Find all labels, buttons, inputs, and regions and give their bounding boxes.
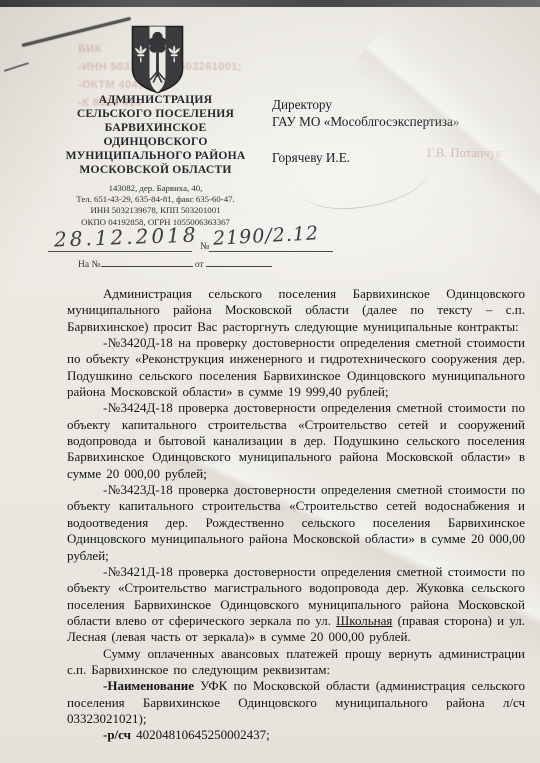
date-underline xyxy=(48,251,192,252)
payee-name-label: -Наименование xyxy=(103,678,194,693)
org-name-line: СЕЛЬСКОГО ПОСЕЛЕНИЯ xyxy=(38,107,273,121)
body-paragraph-payee-name: -Наименование УФК по Московской области … xyxy=(67,678,525,727)
scanned-letter: БИК -ИНН 5032139678/503261001; -ОКТМ 404… xyxy=(0,0,540,763)
body-paragraph-settlement-account: -р/сч 40204810645250002437; xyxy=(67,727,525,743)
body-paragraph-refund-request: Сумму оплаченных авансовых платежей прош… xyxy=(67,646,525,679)
handwritten-number: 2190/2.12 xyxy=(212,222,319,250)
org-name-line: МОСКОВСКОЙ ОБЛАСТИ xyxy=(38,163,273,177)
number-underline xyxy=(209,251,333,252)
body-paragraph-contract-3423: -№3423Д-18 проверка достоверности опреде… xyxy=(67,482,525,564)
reply-from-label: от xyxy=(195,260,204,270)
body-paragraph-contract-3424: -№3424Д-18 проверка достоверности опреде… xyxy=(67,400,525,482)
contact-line: ИНН 5032139678, КПП 503201001 xyxy=(38,205,273,216)
reply-reference-row: На № от xyxy=(78,255,272,270)
letterhead-org-name: АДМИНИСТРАЦИЯ СЕЛЬСКОГО ПОСЕЛЕНИЯ БАРВИХ… xyxy=(38,93,273,176)
addressee-organization: ГАУ МО «Мособлгосэкспертиза» xyxy=(272,113,459,130)
letter-body: Администрация сельского поселения Барвих… xyxy=(67,286,525,744)
account-number: 40204810645250002437; xyxy=(131,727,270,742)
org-name-line: ОДИНЦОВСКОГО xyxy=(38,135,273,149)
body-paragraph-intro: Администрация сельского поселения Барвих… xyxy=(67,286,525,335)
handwritten-date: 28.12.2018 xyxy=(54,222,199,251)
reply-number-blank xyxy=(101,255,193,267)
body-paragraph-contract-3420: -№3420Д-18 на проверку достоверности опр… xyxy=(67,335,525,400)
reply-label: На № xyxy=(78,260,101,270)
org-name-line: АДМИНИСТРАЦИЯ xyxy=(38,93,273,107)
street-name-underlined: Школьная xyxy=(336,613,392,628)
account-label: -р/сч xyxy=(103,727,131,742)
reply-date-blank xyxy=(206,255,272,267)
coat-of-arms-icon xyxy=(131,25,184,94)
scan-edge-shadow xyxy=(0,0,540,7)
addressee-position: Директору xyxy=(272,96,459,113)
org-name-line: МУНИЦИПАЛЬНОГО РАЙОНА xyxy=(38,149,273,163)
contact-line: 143082, дер. Барвиха, 40, xyxy=(38,183,273,194)
letterhead-contact: 143082, дер. Барвиха, 40, Тел. 651-43-29… xyxy=(38,183,273,228)
contact-line: Тел. 651-43-29, 635-84-81, факс 635-60-4… xyxy=(38,194,273,205)
org-name-line: БАРВИХИНСКОЕ xyxy=(38,121,273,135)
body-paragraph-contract-3421: -№3421Д-18 проверка достоверности опреде… xyxy=(67,564,525,646)
pencil-mark-small xyxy=(4,62,29,72)
